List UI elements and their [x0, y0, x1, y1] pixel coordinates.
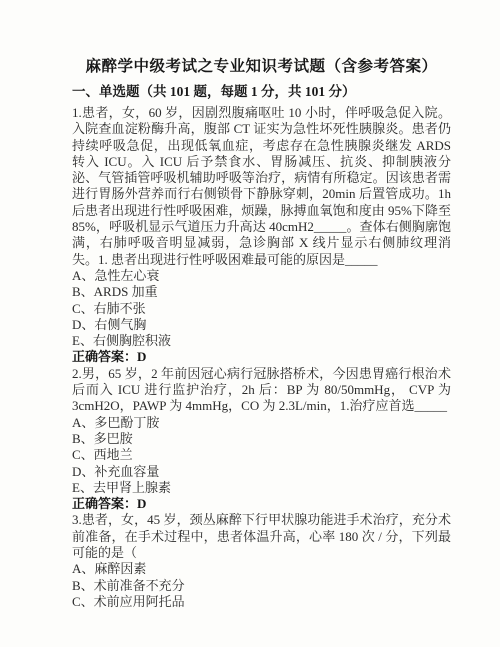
option-item: C、西地兰: [72, 447, 451, 463]
answer-value: D: [137, 349, 146, 364]
option-item: C、术前应用阿托品: [72, 594, 451, 610]
section-heading: 一、单选题（共 101 题，每题 1 分，共 101 分）: [72, 83, 451, 100]
question-block-3: 3.患者，女，45 岁，颈丛麻醉下行甲状腺功能进手术治疗，充分术前准备，在手术过…: [72, 512, 451, 610]
question-stem: 3.患者，女，45 岁，颈丛麻醉下行甲状腺功能进手术治疗，充分术前准备，在手术过…: [72, 512, 451, 561]
option-item: D、右侧气胸: [72, 317, 451, 333]
question-stem: 1.患者，女，60 岁，因剧烈腹痛呕吐 10 小时，伴呼吸急促入院。入院查血淀粉…: [72, 105, 451, 268]
option-item: D、补充血容量: [72, 464, 451, 480]
option-item: B、ARDS 加重: [72, 284, 451, 300]
answer-label: 正确答案：: [72, 496, 137, 511]
exam-document-page: 麻醉学中级考试之专业知识考试题（含参考答案） 一、单选题（共 101 题，每题 …: [0, 0, 500, 647]
option-item: E、去甲肾上腺素: [72, 480, 451, 496]
question-block-1: 1.患者，女，60 岁，因剧烈腹痛呕吐 10 小时，伴呼吸急促入院。入院查血淀粉…: [72, 105, 451, 366]
document-content: 麻醉学中级考试之专业知识考试题（含参考答案） 一、单选题（共 101 题，每题 …: [72, 56, 451, 610]
question-block-2: 2.男，65 岁，2 年前因冠心病行冠脉搭桥术，今因患胃癌行根治术后而入 ICU…: [72, 366, 451, 513]
answer-line: 正确答案：D: [72, 349, 451, 365]
answer-line: 正确答案：D: [72, 496, 451, 512]
option-item: B、多巴胺: [72, 431, 451, 447]
option-item: A、急性左心衰: [72, 268, 451, 284]
option-item: C、右肺不张: [72, 301, 451, 317]
option-item: B、术前准备不充分: [72, 578, 451, 594]
answer-label: 正确答案：: [72, 349, 137, 364]
option-item: E、右侧胸腔积液: [72, 333, 451, 349]
question-stem: 2.男，65 岁，2 年前因冠心病行冠脉搭桥术，今因患胃癌行根治术后而入 ICU…: [72, 366, 451, 415]
option-item: A、麻醉因素: [72, 561, 451, 577]
page-title: 麻醉学中级考试之专业知识考试题（含参考答案）: [72, 56, 451, 77]
option-item: A、多巴酚丁胺: [72, 415, 451, 431]
answer-value: D: [137, 496, 146, 511]
